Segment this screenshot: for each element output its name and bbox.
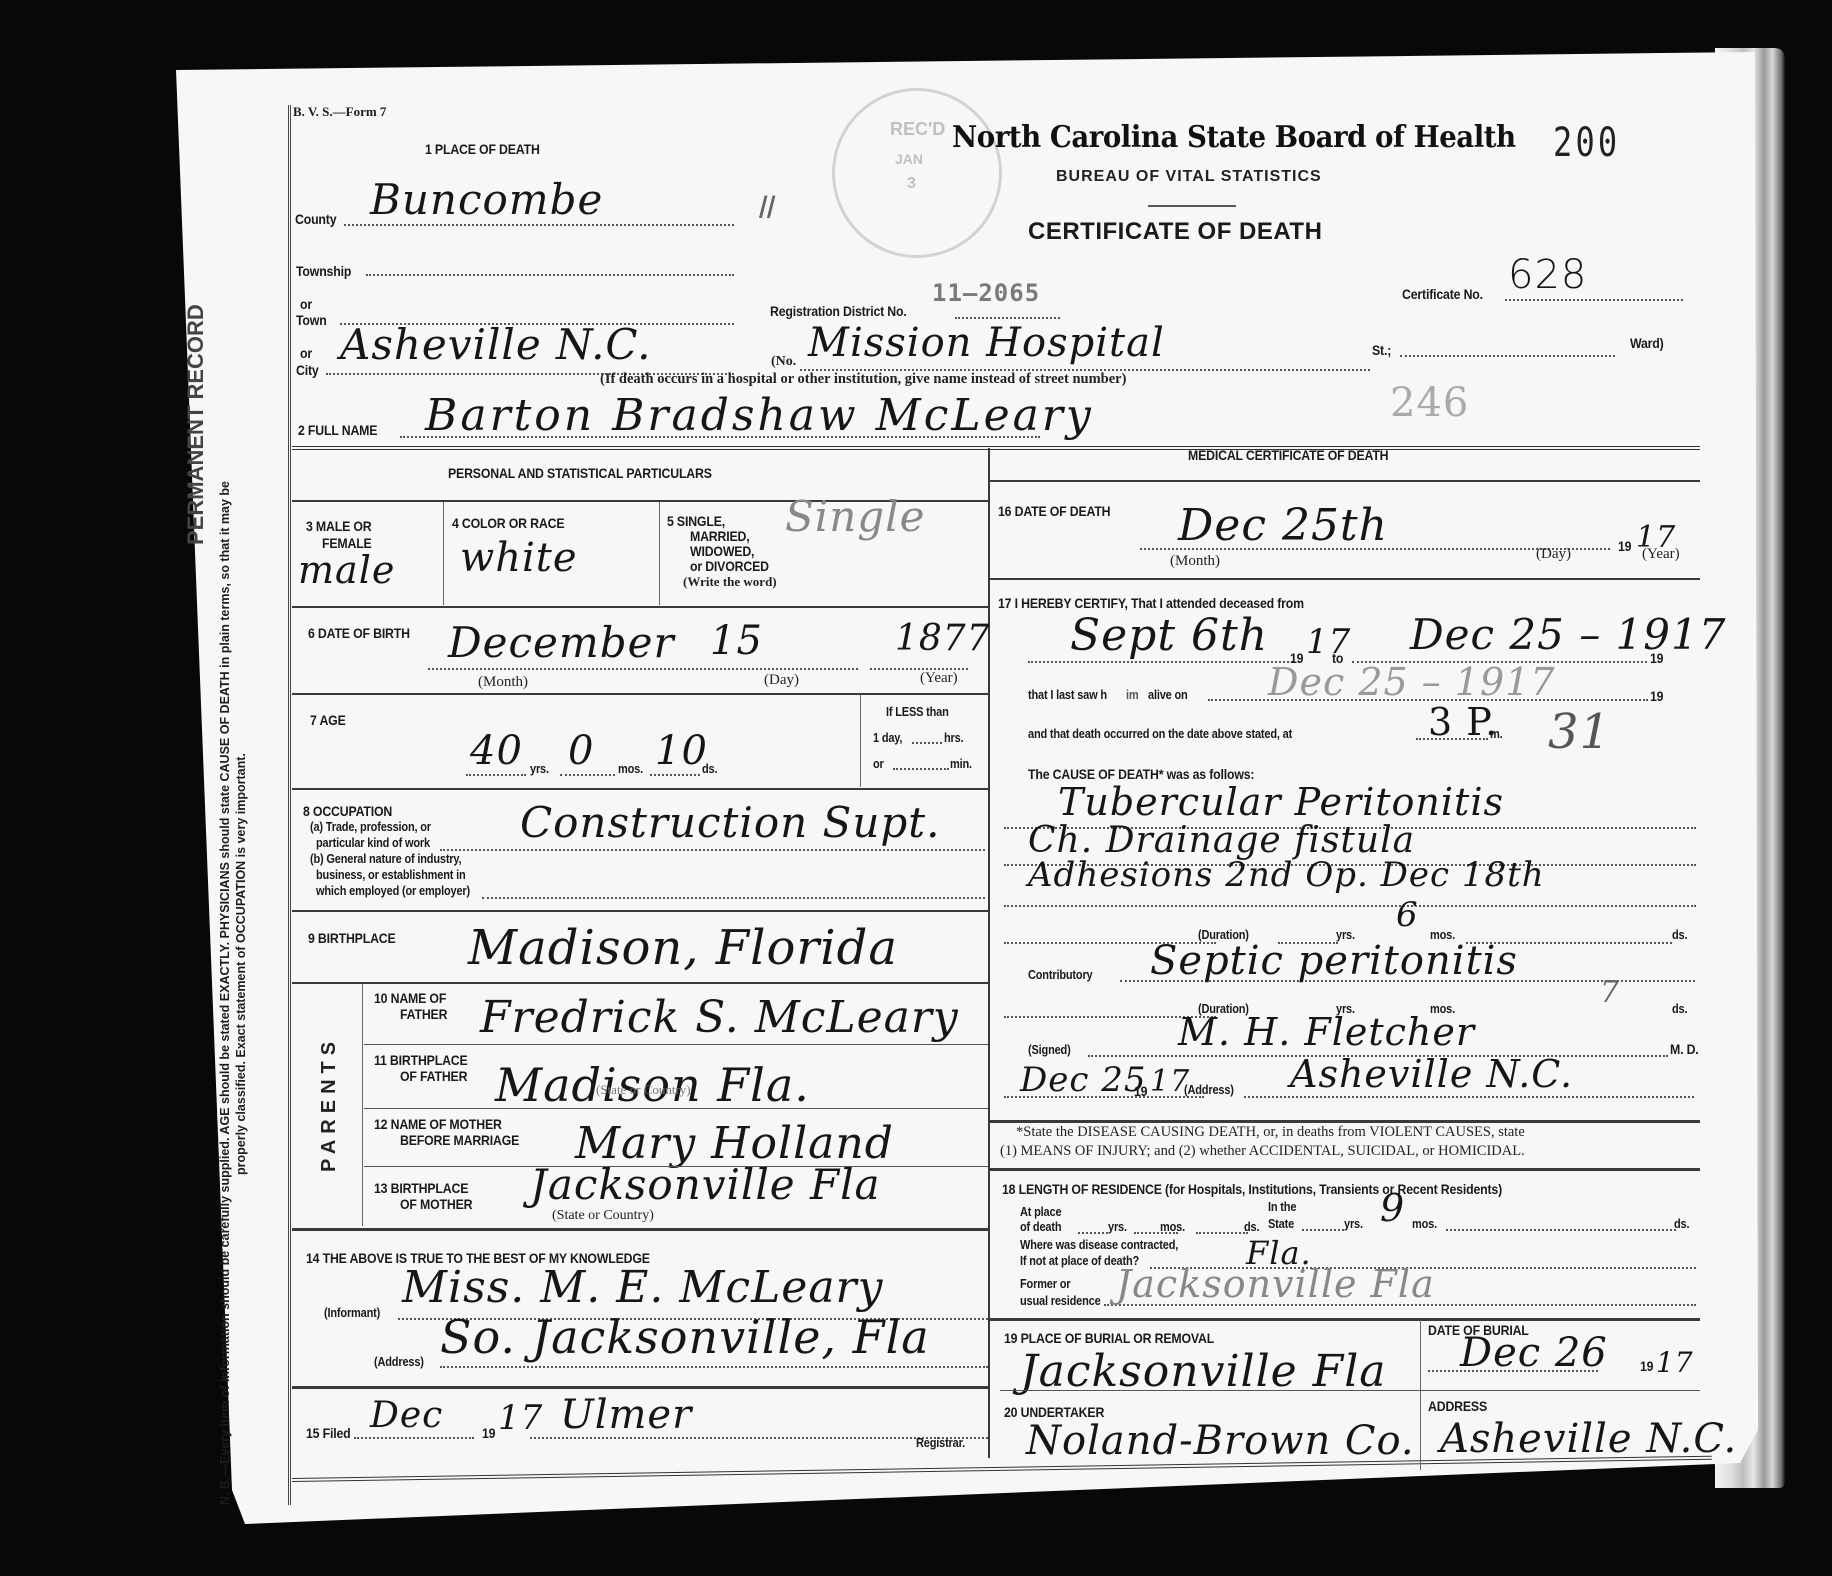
- father-name-label-2: FATHER: [400, 1006, 447, 1022]
- death-year-prefix: 19: [1618, 538, 1631, 554]
- former-residence-value: Jacksonville Fla: [1116, 1262, 1435, 1306]
- death-day-hint: (Day): [1536, 546, 1571, 563]
- occupation-line: [440, 849, 985, 851]
- father-name-value: Fredrick S. McLeary: [480, 992, 959, 1043]
- signed-year-prefix: 19: [1134, 1083, 1147, 1099]
- filed-year-value: 17: [498, 1398, 543, 1438]
- in-state-months-value: 9: [1380, 1186, 1405, 1230]
- name-section-divider: [292, 446, 1700, 450]
- marital-value: Single: [785, 492, 925, 541]
- age-years-line: [466, 774, 526, 776]
- min-line: [893, 768, 949, 770]
- at-place-label-2: of death: [1020, 1220, 1061, 1234]
- father-birthplace-label-2: OF FATHER: [400, 1068, 467, 1084]
- sex-label-1: 3 MALE OR: [306, 518, 372, 534]
- city-or-label: or: [300, 345, 312, 361]
- filed-month-value: Dec: [370, 1395, 443, 1436]
- burial-year-prefix: 19: [1640, 1358, 1653, 1374]
- marital-label-3: WIDOWED,: [690, 543, 754, 559]
- marital-label-2: MARRIED,: [690, 528, 750, 544]
- or-label: or: [873, 757, 884, 771]
- death-time-value: 3 P.: [1428, 700, 1498, 744]
- dob-year-hint: (Year): [920, 670, 958, 687]
- informant-label: (Informant): [324, 1306, 380, 1320]
- signed-address-line: [1244, 1096, 1694, 1098]
- row-divider-7-8: [292, 788, 988, 790]
- industry-line: [482, 897, 985, 899]
- at-place-yrs-line: [1078, 1232, 1108, 1234]
- mother-birthplace-hint: (State or Country): [552, 1208, 654, 1224]
- received-stamp: REC'D JAN 3: [832, 88, 1002, 258]
- cause-line3: [1004, 905, 1696, 907]
- hospital-note: (If death occurs in a hospital or other …: [600, 371, 1126, 388]
- undertaker-address-value: Asheville N.C.: [1440, 1416, 1737, 1462]
- in-state-label-1: In the: [1268, 1200, 1296, 1214]
- former-residence-label-2: usual residence: [1020, 1294, 1101, 1308]
- cause-line3-value: Adhesions 2nd Op. Dec 18th: [1028, 855, 1545, 895]
- marginal-note: 31: [1548, 704, 1611, 760]
- last-saw-label: that I last saw h: [1028, 688, 1107, 702]
- father-birthplace-hint: (State or Country): [596, 1082, 691, 1098]
- street-no-label: (No.: [771, 354, 796, 370]
- in-state-mos-label: mos.: [1412, 1217, 1437, 1231]
- marital-label-4: or DIVORCED: [690, 558, 769, 574]
- footnote-line2: (1) MEANS OF INJURY; and (2) whether ACC…: [1000, 1143, 1525, 1160]
- burial-place-label: 19 PLACE OF BURIAL OR REMOVAL: [1004, 1330, 1214, 1346]
- contributory-label: Contributory: [1028, 968, 1093, 982]
- father-birthplace-divider: [364, 1108, 988, 1109]
- age-ds-label: ds.: [702, 762, 717, 776]
- ward-label: Ward): [1630, 335, 1664, 351]
- column-divider: [988, 448, 990, 1458]
- attended-from-year-value: 17: [1306, 622, 1351, 662]
- occupation-value: Construction Supt.: [520, 798, 941, 847]
- father-name-label-1: 10 NAME OF: [374, 990, 446, 1006]
- ward-line: [1400, 355, 1615, 357]
- certificate-no-line: [1505, 299, 1683, 301]
- place-of-death-heading: 1 PLACE OF DEATH: [425, 141, 540, 157]
- birthplace-value: Madison, Florida: [468, 920, 898, 976]
- birthplace-label: 9 BIRTHPLACE: [308, 930, 396, 946]
- row-divider-9-10: [292, 982, 988, 984]
- former-residence-label-1: Former or: [1020, 1277, 1070, 1291]
- signed-label: (Signed): [1028, 1043, 1071, 1057]
- occupation-a-line2: particular kind of work: [316, 836, 430, 850]
- attended-from-line: [1028, 661, 1293, 663]
- cause-duration-months: 6: [1396, 895, 1419, 935]
- sex-value: male: [298, 548, 395, 592]
- residence-label: 18 LENGTH OF RESIDENCE (for Hospitals, I…: [1002, 1181, 1502, 1197]
- footnote-divider: [990, 1120, 1700, 1123]
- mother-birthplace-label-1: 13 BIRTHPLACE: [374, 1180, 468, 1196]
- contrib-duration-days: 7: [1600, 975, 1620, 1010]
- age-days-line: [650, 774, 700, 776]
- footnote-line1: *State the DISEASE CAUSING DEATH, or, in…: [1016, 1124, 1525, 1141]
- town-or-label: or: [300, 296, 312, 312]
- registrar-label: Registrar.: [916, 1436, 965, 1450]
- md-label: M. D.: [1670, 1041, 1699, 1057]
- certify-label: 17 I HEREBY CERTIFY, That I attended dec…: [998, 595, 1304, 611]
- death-month-hint: (Month): [1170, 553, 1220, 570]
- in-state-ds-line: [1446, 1229, 1676, 1231]
- cause-line1-value: Tubercular Peritonitis: [1058, 780, 1504, 824]
- alive-on-label: alive on: [1148, 688, 1188, 702]
- signed-date-value: Dec 25: [1020, 1060, 1147, 1100]
- county-line: [344, 224, 734, 226]
- county-value: Buncombe: [370, 175, 603, 224]
- last-saw-pronoun: im: [1126, 688, 1138, 702]
- township-line: [366, 274, 734, 276]
- full-name-label: 2 FULL NAME: [298, 422, 377, 438]
- cause-ds-label: ds.: [1672, 928, 1687, 942]
- registration-district-value: 11—2065: [932, 279, 1040, 307]
- at-place-yrs-label: yrs.: [1108, 1220, 1127, 1234]
- mother-birthplace-label-2: OF MOTHER: [400, 1196, 472, 1212]
- row-divider-18-19: [990, 1318, 1700, 1321]
- death-time-label: and that death occurred on the date abov…: [1028, 727, 1292, 741]
- side-note-line2: properly classified. Exact statement of …: [234, 753, 248, 1175]
- parents-divider: [362, 984, 363, 1226]
- burial-divider: [1420, 1320, 1421, 1470]
- informant-address-label: (Address): [374, 1355, 424, 1369]
- filed-label: 15 Filed: [306, 1425, 350, 1441]
- signed-value: M. H. Fletcher: [1178, 1010, 1475, 1054]
- side-header-permanent-record: PERMANENT RECORD: [183, 304, 209, 545]
- row-divider-14-15: [292, 1386, 988, 1389]
- at-place-ds-line: [1196, 1232, 1248, 1234]
- row-divider-8-9: [292, 910, 988, 912]
- row-divider-16-17: [990, 578, 1700, 580]
- age-months-value: 0: [568, 728, 594, 774]
- last-saw-year-prefix: 19: [1650, 688, 1663, 704]
- age-years-value: 40: [470, 728, 523, 774]
- undertaker-value: Noland-Brown Co.: [1026, 1418, 1415, 1464]
- received-stamp-text: REC'D: [890, 119, 945, 140]
- attended-to-value: Dec 25 – 1917: [1410, 610, 1726, 659]
- informant-address-value: So. Jacksonville, Fla: [440, 1310, 930, 1364]
- age-mos-label: mos.: [618, 762, 643, 776]
- registration-district-label: Registration District No.: [770, 303, 907, 319]
- at-place-mos-label: mos.: [1160, 1220, 1185, 1234]
- full-name-value: Barton Bradshaw McLeary: [425, 390, 1094, 441]
- in-state-label-2: State: [1268, 1217, 1294, 1231]
- hrs-label: hrs.: [944, 731, 963, 745]
- sex-race-divider: [443, 502, 444, 605]
- stamped-page-number: 200: [1553, 120, 1620, 166]
- row-divider-13-14: [292, 1228, 988, 1231]
- parents-label: PARENTS: [318, 1036, 341, 1172]
- footnote-bottom-divider: [990, 1168, 1700, 1171]
- medical-title-divider: [990, 480, 1700, 482]
- dob-month-hint: (Month): [478, 674, 528, 691]
- at-place-label-1: At place: [1020, 1205, 1061, 1219]
- age-label: 7 AGE: [310, 712, 346, 728]
- row-divider-5-6: [292, 606, 988, 608]
- at-place-ds-label: ds.: [1244, 1220, 1259, 1234]
- occupation-b-line1: (b) General nature of industry,: [310, 852, 461, 866]
- dob-month-value: December: [448, 618, 675, 667]
- min-label: min.: [950, 757, 972, 771]
- township-label: Township: [296, 263, 351, 279]
- father-birthplace-label-1: 11 BIRTHPLACE: [374, 1052, 468, 1068]
- dob-label: 6 DATE OF BIRTH: [308, 625, 410, 641]
- contracted-label-1: Where was disease contracted,: [1020, 1238, 1178, 1252]
- race-label: 4 COLOR OR RACE: [452, 515, 564, 531]
- last-saw-value: Dec 25 – 1917: [1268, 660, 1556, 704]
- dob-year-value: 1877: [895, 618, 991, 659]
- age-yrs-label: yrs.: [530, 762, 549, 776]
- city-label: City: [296, 362, 319, 378]
- registration-district-line: [955, 317, 1060, 319]
- less-than-label: If LESS than: [886, 705, 949, 719]
- dob-line: [428, 668, 858, 670]
- occupation-b-line2: business, or establishment in: [316, 868, 466, 882]
- certificate-no-label: Certificate No.: [1402, 286, 1483, 302]
- signed-address-value: Asheville N.C.: [1290, 1052, 1573, 1096]
- marital-label-1: 5 SINGLE,: [667, 513, 725, 529]
- form-id: B. V. S.—Form 7: [293, 104, 386, 120]
- in-state-yrs-label: yrs.: [1344, 1217, 1363, 1231]
- side-note-line1: N. B.—Every item of information should b…: [218, 481, 232, 1505]
- st-label: St.;: [1372, 342, 1391, 358]
- filed-month-line: [354, 1437, 474, 1439]
- registrar-signature: Ulmer: [560, 1392, 692, 1438]
- town-label: Town: [296, 312, 327, 328]
- date-of-death-value: Dec 25th: [1178, 500, 1388, 551]
- date-of-death-label: 16 DATE OF DEATH: [998, 503, 1110, 519]
- certificate-title: CERTIFICATE OF DEATH: [1028, 218, 1322, 246]
- m-label: m.: [1490, 727, 1502, 741]
- mother-name-label-2: BEFORE MARRIAGE: [400, 1132, 519, 1148]
- contributory-value: Septic peritonitis: [1150, 938, 1518, 984]
- marital-label-5: (Write the word): [683, 574, 777, 590]
- title-divider: [1148, 205, 1236, 207]
- certificate-no-value: 628: [1508, 252, 1587, 298]
- death-year-hint: (Year): [1642, 546, 1680, 563]
- bureau-title: BUREAU OF VITAL STATISTICS: [1056, 168, 1322, 186]
- age-days-value: 10: [655, 728, 708, 774]
- county-label: County: [295, 211, 336, 227]
- age-less-divider: [860, 695, 861, 787]
- filed-year-prefix: 19: [482, 1425, 495, 1441]
- burial-year-value: 17: [1656, 1346, 1694, 1379]
- age-months-line: [560, 774, 615, 776]
- in-state-yrs-line: [1302, 1229, 1344, 1231]
- hrs-line: [912, 742, 942, 744]
- occupation-b-line3: which employed (or employer): [316, 884, 470, 898]
- full-name-annotation: 246: [1390, 380, 1469, 426]
- race-value: white: [460, 535, 578, 581]
- form-left-border: [288, 105, 291, 1505]
- race-marital-divider: [659, 502, 660, 605]
- informant-address-line: [440, 1366, 988, 1368]
- burial-date-value: Dec 26: [1460, 1330, 1608, 1376]
- father-row-divider: [364, 1044, 988, 1045]
- signed-address-label: (Address): [1184, 1083, 1234, 1097]
- occupation-label: 8 OCCUPATION: [303, 803, 392, 819]
- city-value: Asheville N.C.: [340, 320, 651, 369]
- contrib-ds-label: ds.: [1672, 1002, 1687, 1016]
- dob-day-hint: (Day): [764, 672, 799, 689]
- undertaker-address-label: ADDRESS: [1428, 1398, 1487, 1414]
- one-day-label: 1 day,: [873, 731, 902, 745]
- dob-day-value: 15: [710, 618, 763, 664]
- burial-row-divider: [1000, 1390, 1700, 1391]
- in-state-ds-label: ds.: [1674, 1217, 1689, 1231]
- informant-value: Miss. M. E. McLeary: [402, 1262, 883, 1313]
- medical-section-title: MEDICAL CERTIFICATE OF DEATH: [1188, 447, 1388, 463]
- row-divider-6-7: [292, 693, 988, 695]
- attended-to-year-prefix: 19: [1650, 650, 1663, 666]
- agency-title: North Carolina State Board of Health: [952, 120, 1516, 155]
- mother-birthplace-value: Jacksonville Fla: [530, 1160, 881, 1209]
- personal-section-title: PERSONAL AND STATISTICAL PARTICULARS: [448, 465, 712, 481]
- street-value: Mission Hospital: [808, 320, 1165, 366]
- mother-name-label-1: 12 NAME OF MOTHER: [374, 1116, 502, 1132]
- attended-from-value: Sept 6th: [1070, 610, 1268, 661]
- occupation-a-line1: (a) Trade, profession, or: [310, 820, 431, 834]
